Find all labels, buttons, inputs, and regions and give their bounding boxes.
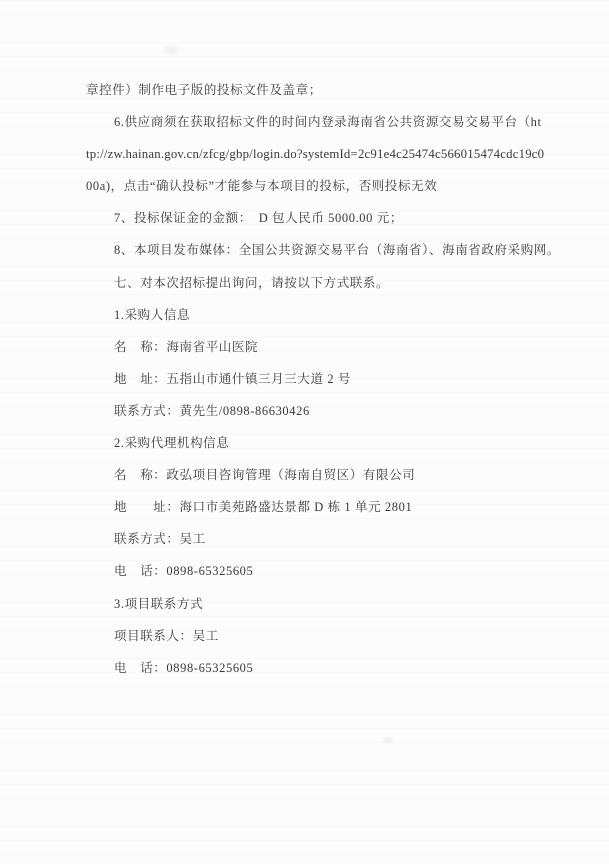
- scanned-document-page: 章控件）制作电子版的投标文件及盖章； 6.供应商须在获取招标文件的时间内登录海南…: [0, 0, 609, 864]
- text-line-section7-heading: 七、对本次招标提出询问，请按以下方式联系。: [86, 267, 589, 299]
- text-line-purchaser-contact: 联系方式：黄先生/0898-86630426: [86, 395, 589, 427]
- scan-artifact: [380, 735, 396, 745]
- text-line-agency-heading: 2.采购代理机构信息: [86, 427, 589, 459]
- text-line-item8-media: 8、本项目发布媒体：全国公共资源交易平台（海南省）、海南省政府采购网。: [86, 234, 589, 266]
- scan-artifact: [160, 44, 182, 56]
- text-line-continuation: 章控件）制作电子版的投标文件及盖章；: [86, 74, 589, 106]
- text-line-project-contact: 项目联系人：吴工: [86, 620, 589, 652]
- text-line-agency-phone: 电 话：0898-65325605: [86, 555, 589, 587]
- text-line-agency-contact: 联系方式：吴工: [86, 523, 589, 555]
- text-line-agency-name: 名 称：政弘项目咨询管理（海南自贸区）有限公司: [86, 459, 589, 491]
- document-body: 章控件）制作电子版的投标文件及盖章； 6.供应商须在获取招标文件的时间内登录海南…: [86, 74, 589, 684]
- text-line-purchaser-address: 地 址：五指山市通什镇三月三大道 2 号: [86, 363, 589, 395]
- text-line-url: tp://zw.hainan.gov.cn/zfcg/gbp/login.do?…: [86, 138, 589, 170]
- text-line-purchaser-name: 名 称：海南省平山医院: [86, 331, 589, 363]
- text-line-url-continuation: 00a)，点击“确认投标”才能参与本项目的投标，否则投标无效: [86, 170, 589, 202]
- text-line-project-heading: 3.项目联系方式: [86, 588, 589, 620]
- text-line-item7-bid-bond: 7、投标保证金的金额： D 包人民币 5000.00 元；: [86, 202, 589, 234]
- text-line-agency-address: 地 址：海口市美苑路盛达景都 D 栋 1 单元 2801: [86, 491, 589, 523]
- text-line-project-phone: 电 话：0898-65325605: [86, 652, 589, 684]
- text-line-purchaser-heading: 1.采购人信息: [86, 299, 589, 331]
- text-line-item6: 6.供应商须在获取招标文件的时间内登录海南省公共资源交易交易平台（ht: [86, 106, 589, 138]
